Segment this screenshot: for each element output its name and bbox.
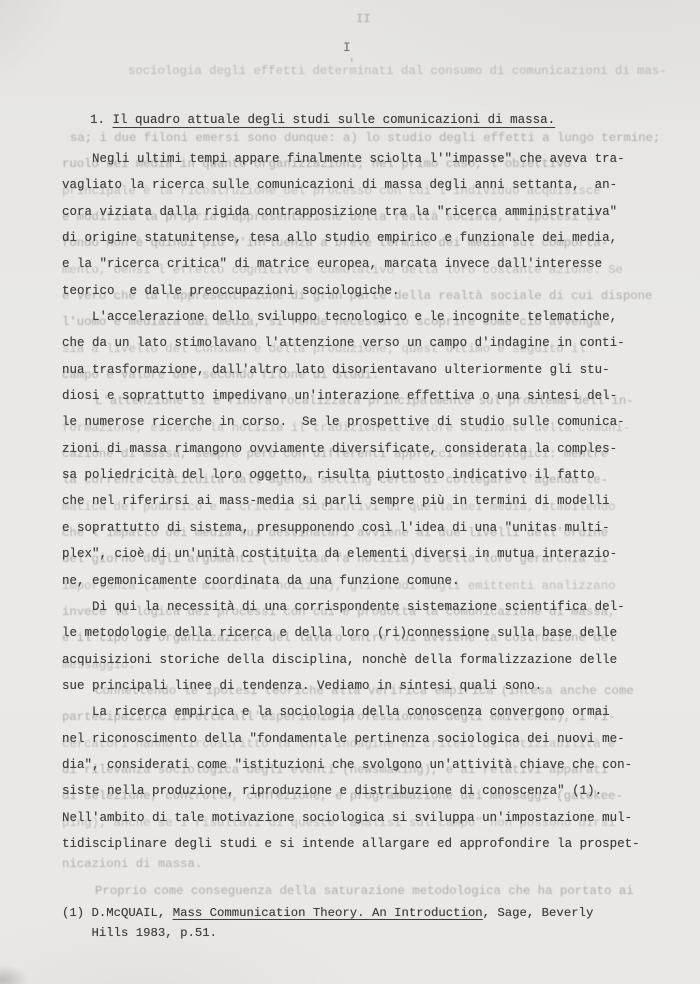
text-line: ne, egemonicamente coordinata da una fun… xyxy=(62,568,640,594)
text-line: teorico e dalle preoccupazioni sociologi… xyxy=(62,278,640,304)
section-number: 1. xyxy=(90,113,113,127)
text-line: cora viziata dalla rigida contrapposizio… xyxy=(62,199,640,225)
bleedthrough-text-line: nicazioni di massa. xyxy=(62,857,202,871)
scanned-document-page: II'sociologia degli effetti determinati … xyxy=(0,0,700,984)
text-line: La ricerca empirica e la sociologia dell… xyxy=(62,699,640,725)
text-line: e la "ricerca critica" di matrice europe… xyxy=(62,251,640,277)
section-heading: 1. Il quadro attuale degli studi sulle c… xyxy=(60,99,555,141)
text-line: che da un lato stimolavano l'attenzione … xyxy=(62,330,640,356)
text-line: L'accelerazione dello sviluppo tecnologi… xyxy=(62,304,640,330)
text-line: plex", cioè di un'unità costituita da el… xyxy=(62,541,640,567)
footnote-book-title: Mass Communication Theory. An Introducti… xyxy=(173,906,483,920)
text-line: siste nella produzione, riproduzione e d… xyxy=(62,778,640,804)
body-text: Negli ultimi tempi appare finalmente sci… xyxy=(62,146,640,857)
text-line: diosi e soprattutto impedivano un'intera… xyxy=(62,383,640,409)
text-line: nel riconoscimento della "fondamentale p… xyxy=(62,726,640,752)
paragraph: Di qui la necessità di una corrispondent… xyxy=(62,594,640,699)
footnote-marker: (1) D.McQUAIL, xyxy=(62,906,173,920)
text-line: zioni di massa rimangono ovviamente dive… xyxy=(62,436,640,462)
paragraph: L'accelerazione dello sviluppo tecnologi… xyxy=(62,304,640,594)
text-line: Nell'ambito di tale motivazione sociolog… xyxy=(62,805,640,831)
text-line: che nel riferirsi ai mass-media si parli… xyxy=(62,488,640,514)
paragraph: Negli ultimi tempi appare finalmente sci… xyxy=(62,146,640,304)
text-line: di origine statunitense, tesa allo studi… xyxy=(62,225,640,251)
text-line: Di qui la necessità di una corrispondent… xyxy=(62,594,640,620)
text-line: vagliato la ricerca sulle comunicazioni … xyxy=(62,172,640,198)
footnote-publisher: , Sage, Beverly xyxy=(483,906,594,920)
text-line: acquisizioni storiche della disciplina, … xyxy=(62,647,640,673)
bleedthrough-text-line: sociologia degli effetti determinati dal… xyxy=(128,64,667,78)
text-line: e soprattutto di sistema, presupponendo … xyxy=(62,515,640,541)
text-line: Negli ultimi tempi appare finalmente sci… xyxy=(62,146,640,172)
text-line: le numerose ricerche in corso. Se le pro… xyxy=(62,409,640,435)
section-title: Il quadro attuale degli studi sulle comu… xyxy=(113,113,556,127)
text-line: le metodologie della ricerca e della lor… xyxy=(62,620,640,646)
text-line: tidisciplinare degli studi e si intende … xyxy=(62,831,640,857)
text-line: sue principali linee di tendenza. Vediam… xyxy=(62,673,640,699)
footnote-line: Hills 1983, p.51. xyxy=(62,924,593,944)
text-line: sa poliedricità del loro oggetto, risult… xyxy=(62,462,640,488)
text-line: dia", considerati come "istituzioni che … xyxy=(62,752,640,778)
text-line: nua trasformazione, dall'altro lato diso… xyxy=(62,357,640,383)
bleedthrough-text-line: Proprio come conseguenza della saturazio… xyxy=(95,884,634,898)
paragraph: La ricerca empirica e la sociologia dell… xyxy=(62,699,640,857)
bleedthrough-text-line: II xyxy=(356,12,371,26)
footnote-line: (1) D.McQUAIL, Mass Communication Theory… xyxy=(62,904,593,924)
page-number: I xyxy=(343,40,351,55)
footnote: (1) D.McQUAIL, Mass Communication Theory… xyxy=(62,904,593,943)
bleedthrough-text-line: ' xyxy=(348,57,355,71)
